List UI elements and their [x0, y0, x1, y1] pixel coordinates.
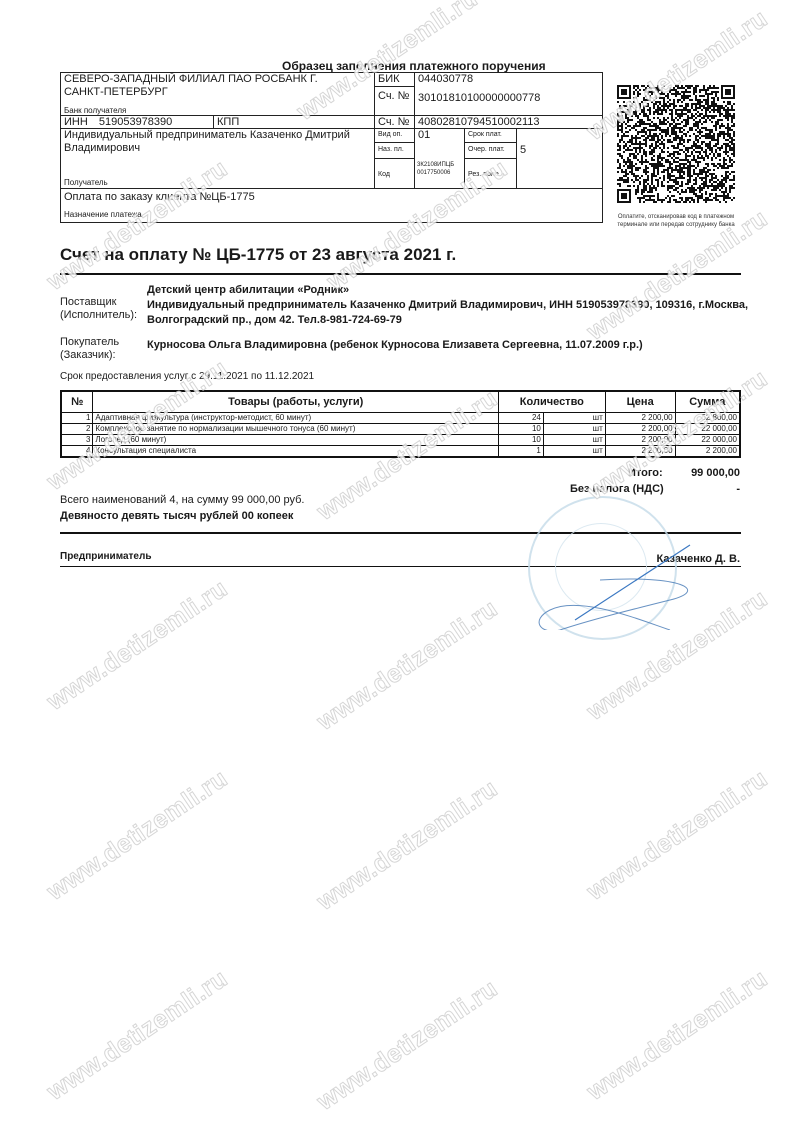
row-unit: шт — [543, 435, 605, 446]
bank-cell: СЕВЕРО-ЗАПАДНЫЙ ФИЛИАЛ ПАО РОСБАНК Г. СА… — [61, 73, 375, 116]
row-num: 2 — [61, 424, 93, 435]
row-num: 3 — [61, 435, 93, 446]
supplier-label-line1: Поставщик — [60, 296, 137, 309]
row-sum: 52 800,00 — [675, 413, 740, 424]
total-label: Итого: — [628, 467, 663, 479]
header-num: № — [61, 391, 93, 413]
supplier-label-line2: (Исполнитель): — [60, 309, 137, 322]
watermark-text: www.detizemli.ru — [582, 764, 773, 906]
term-label: Срок плат. — [465, 129, 517, 143]
row-qty: 24 — [498, 413, 543, 424]
priority-value: 5 — [517, 129, 602, 189]
op-type-cell: 01 3К2108ИПЦБ 0017750006 — [415, 129, 465, 189]
row-price: 2 200,00 — [605, 413, 675, 424]
payment-order-title: Образец заполнения платежного поручения — [282, 59, 546, 73]
row-qty: 10 — [498, 424, 543, 435]
header-sum: Сумма — [675, 391, 740, 413]
supplier-line2: Индивидуальный предприниматель Казаченко… — [147, 299, 748, 312]
inn-cell: ИНН 519053978390 — [61, 116, 214, 129]
row-price: 2 200,00 — [605, 446, 675, 458]
corr-account-label: Сч. № — [375, 87, 415, 116]
supplier-label: Поставщик (Исполнитель): — [60, 296, 137, 322]
corr-account-value: 30101810100000000778 — [415, 87, 602, 116]
row-sum: 22 000,00 — [675, 424, 740, 435]
supplier-line1: Детский центр абилитации «Родник» — [147, 284, 748, 297]
buyer-label: Покупатель (Заказчик): — [60, 336, 119, 362]
payment-purpose-code-label: Наз. пл. — [375, 143, 415, 159]
invoice-title: Счет на оплату № ЦБ-1775 от 23 августа 2… — [60, 245, 456, 265]
kpp-label: КПП — [217, 116, 239, 128]
row-unit: шт — [543, 413, 605, 424]
watermark-text: www.detizemli.ru — [312, 774, 503, 916]
row-unit: шт — [543, 424, 605, 435]
watermark-text: www.detizemli.ru — [42, 764, 233, 906]
row-unit: шт — [543, 446, 605, 458]
buyer-label-line2: (Заказчик): — [60, 349, 119, 362]
recipient-line1: Индивидуальный предприниматель Казаченко… — [64, 129, 371, 142]
watermark-text: www.detizemli.ru — [312, 974, 503, 1116]
signature-role: Предприниматель — [60, 551, 151, 562]
bank-label: Банк получателя — [64, 106, 126, 115]
row-price: 2 200,00 — [605, 424, 675, 435]
bank-name-line1: СЕВЕРО-ЗАПАДНЫЙ ФИЛИАЛ ПАО РОСБАНК Г. — [64, 73, 371, 86]
row-num: 1 — [61, 413, 93, 424]
row-name: Логопед (60 минут) — [93, 435, 499, 446]
row-name: Адаптивная физкультура (инструктор-метод… — [93, 413, 499, 424]
code-value-line1: 3К2108ИПЦБ — [417, 161, 454, 169]
bank-name-line2: САНКТ-ПЕТЕРБУРГ — [64, 86, 371, 99]
row-price: 2 200,00 — [605, 435, 675, 446]
header-name: Товары (работы, услуги) — [93, 391, 499, 413]
payment-order-form: СЕВЕРО-ЗАПАДНЫЙ ФИЛИАЛ ПАО РОСБАНК Г. СА… — [60, 72, 603, 223]
table-row: 4Консультация специалиста1шт2 200,002 20… — [61, 446, 740, 458]
bik-value: 044030778 — [415, 73, 602, 87]
account-label: Сч. № — [375, 116, 415, 129]
purpose-cell: Оплата по заказу клиента №ЦБ-1775 Назнач… — [61, 189, 602, 222]
amount-in-words: Девяносто девять тысяч рублей 00 копеек — [60, 510, 293, 522]
op-type-value: 01 — [418, 129, 461, 141]
buyer-label-line1: Покупатель — [60, 336, 119, 349]
recipient-cell: Индивидуальный предприниматель Казаченко… — [61, 129, 375, 189]
service-period: Срок предоставления услуг с 29.11.2021 п… — [60, 371, 314, 382]
row-qty: 1 — [498, 446, 543, 458]
supplier-details: Детский центр абилитации «Родник» Индиви… — [147, 284, 748, 327]
buyer-value: Курносова Ольга Владимировна (ребенок Ку… — [147, 339, 643, 352]
summary-line: Всего наименований 4, на сумму 99 000,00… — [60, 494, 305, 506]
title-divider — [60, 273, 741, 275]
recipient-label: Получатель — [64, 178, 108, 187]
qr-code — [617, 85, 735, 203]
watermark-text: www.detizemli.ru — [312, 594, 503, 736]
items-table: № Товары (работы, услуги) Количество Цен… — [60, 390, 741, 458]
priority-label: Очер. плат. — [465, 143, 517, 159]
row-num: 4 — [61, 446, 93, 458]
row-sum: 22 000,00 — [675, 435, 740, 446]
reserve-label: Рез. поле — [465, 159, 517, 189]
row-name: Комплексное занятие по нормализации мыше… — [93, 424, 499, 435]
items-header-row: № Товары (работы, услуги) Количество Цен… — [61, 391, 740, 413]
code-label: Код — [375, 159, 415, 189]
recipient-line2: Владимирович — [64, 142, 371, 155]
inn-label: ИНН — [64, 116, 88, 128]
row-qty: 10 — [498, 435, 543, 446]
supplier-line3: Волгоградский пр., дом 42. Тел.8-981-724… — [147, 314, 748, 327]
qr-caption: Оплатите, отсканировав код в платежном т… — [606, 213, 746, 229]
kpp-cell: КПП — [214, 116, 375, 129]
watermark-text: www.detizemli.ru — [42, 964, 233, 1106]
inn-value: 519053978390 — [99, 116, 172, 128]
bik-label: БИК — [375, 73, 415, 87]
total-value: 99 000,00 — [675, 467, 740, 479]
watermark-text: www.detizemli.ru — [42, 574, 233, 716]
purpose-label: Назначение платежа — [64, 210, 142, 219]
table-row: 1Адаптивная физкультура (инструктор-мето… — [61, 413, 740, 424]
table-row: 3Логопед (60 минут)10шт2 200,0022 000,00 — [61, 435, 740, 446]
vat-label: Без налога (НДС) — [570, 483, 664, 495]
vat-value: - — [700, 483, 740, 495]
row-sum: 2 200,00 — [675, 446, 740, 458]
code-value-line2: 0017750006 — [417, 169, 454, 177]
header-qty: Количество — [498, 391, 605, 413]
account-value: 40802810794510002113 — [415, 116, 602, 129]
row-name: Консультация специалиста — [93, 446, 499, 458]
header-price: Цена — [605, 391, 675, 413]
signature-scribble — [520, 520, 700, 630]
table-row: 2Комплексное занятие по нормализации мыш… — [61, 424, 740, 435]
watermark-text: www.detizemli.ru — [582, 964, 773, 1106]
op-type-label: Вид оп. — [375, 129, 415, 143]
purpose-value: Оплата по заказу клиента №ЦБ-1775 — [64, 191, 599, 203]
code-value: 3К2108ИПЦБ 0017750006 — [417, 161, 454, 177]
